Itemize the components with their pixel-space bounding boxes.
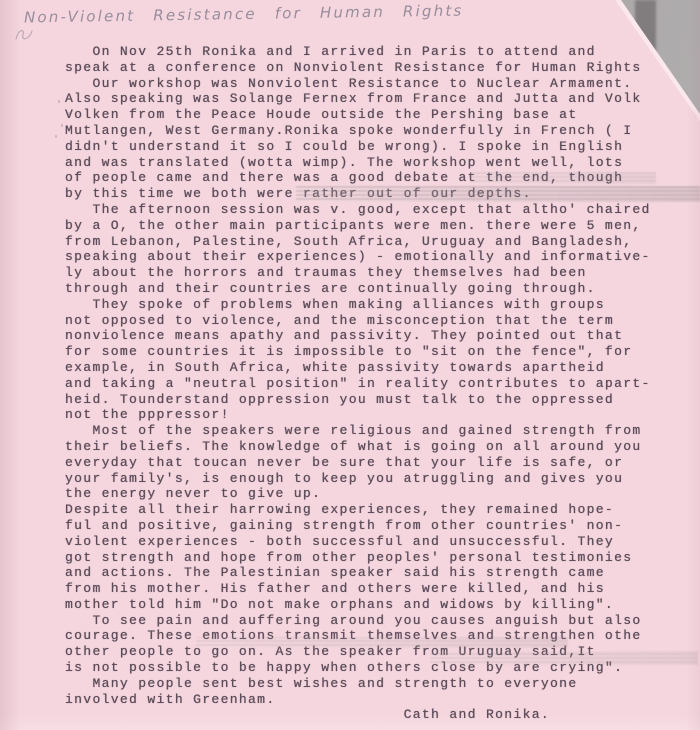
typed-line: other people to go on. As the speaker fr… xyxy=(65,644,700,660)
typed-line: On Nov 25th Ronika and I arrived in Pari… xyxy=(65,44,700,60)
pencil-speck xyxy=(61,124,63,127)
typed-line: mother told him "Do not make orphans and… xyxy=(65,597,700,613)
typed-line: not opposed to violence, and the misconc… xyxy=(65,313,700,329)
typed-line: Mutlangen, West Germany.Ronika spoke won… xyxy=(65,123,700,139)
typed-line: through and their countries are continua… xyxy=(65,281,700,297)
typed-line: ly about the horrors and traumas they th… xyxy=(65,265,700,281)
typed-line: by this time we both were rather out of … xyxy=(65,186,700,202)
typed-line: To see pain and auffering around you cau… xyxy=(65,613,700,629)
typed-line: the energy never to give up. xyxy=(65,486,700,502)
typed-line: Cath and Ronika. xyxy=(65,707,700,723)
typed-line: speak at a conference on Nonviolent Resi… xyxy=(65,60,700,76)
typed-line: Despite all their harrowing experiences,… xyxy=(65,502,700,518)
typed-line: Many people sent best wishes and strengt… xyxy=(65,676,700,692)
typed-line: from Lebanon, Palestine, South Africa, U… xyxy=(65,234,700,250)
typed-line: from his mother. His father and others w… xyxy=(65,581,700,597)
typed-line: your family's, is enough to keep you atr… xyxy=(65,471,700,487)
typed-line: got strength and hope from other peoples… xyxy=(65,550,700,566)
typed-line: Our workshop was Nonviolent Resistance t… xyxy=(65,76,700,92)
letter-page: Non-Violent Resistance for Human Rights … xyxy=(0,0,700,730)
pencil-scribble-mark xyxy=(13,24,39,44)
typed-line: and taking a "neutral position" in reali… xyxy=(65,376,700,392)
typed-line: of people came and there was a good deba… xyxy=(65,170,700,186)
pencil-speck xyxy=(58,100,60,103)
typed-line: involved with Greenham. xyxy=(65,692,700,708)
typed-line: heid. Tounderstand oppression you must t… xyxy=(65,392,700,408)
typed-line: their beliefs. The knowledge of what is … xyxy=(65,439,700,455)
typed-line: example, in South Africa, white passivit… xyxy=(65,360,700,376)
typed-line: everyday that toucan never be sure that … xyxy=(65,455,700,471)
pencil-speck xyxy=(55,135,57,138)
typed-line: Volken from the Peace Houde outside the … xyxy=(65,107,700,123)
typed-line: violent experiences - both successful an… xyxy=(65,534,700,550)
typed-line: speaking about their experiences) - emot… xyxy=(65,249,700,265)
typed-letter: On Nov 25th Ronika and I arrived in Pari… xyxy=(65,44,700,723)
typed-line: ful and positive, gaining strength from … xyxy=(65,518,700,534)
typed-line: They spoke of problems when making allia… xyxy=(65,297,700,313)
typed-line: is not possible to be happy when others … xyxy=(65,660,700,676)
typed-line: not the pppressor! xyxy=(65,407,700,423)
typed-line: Most of the speakers were religious and … xyxy=(65,423,700,439)
typed-line: courage. These emotions transmit themsel… xyxy=(65,628,700,644)
handwritten-title: Non-Violent Resistance for Human Rights xyxy=(24,2,464,27)
typed-line: and was translated (wotta wimp). The wor… xyxy=(65,155,700,171)
typed-line: Also speaking was Solange Fernex from Fr… xyxy=(65,91,700,107)
typed-line: for some countries it is impossible to "… xyxy=(65,344,700,360)
typed-line: The afternoon session was v. good, excep… xyxy=(65,202,700,218)
typed-line: nonviolence means apathy and passivity. … xyxy=(65,328,700,344)
typed-line: didn't understand it so I could be wrong… xyxy=(65,139,700,155)
typed-line: by a O, the other main participants were… xyxy=(65,218,700,234)
typed-line: and actions. The Palestinian speaker sai… xyxy=(65,565,700,581)
